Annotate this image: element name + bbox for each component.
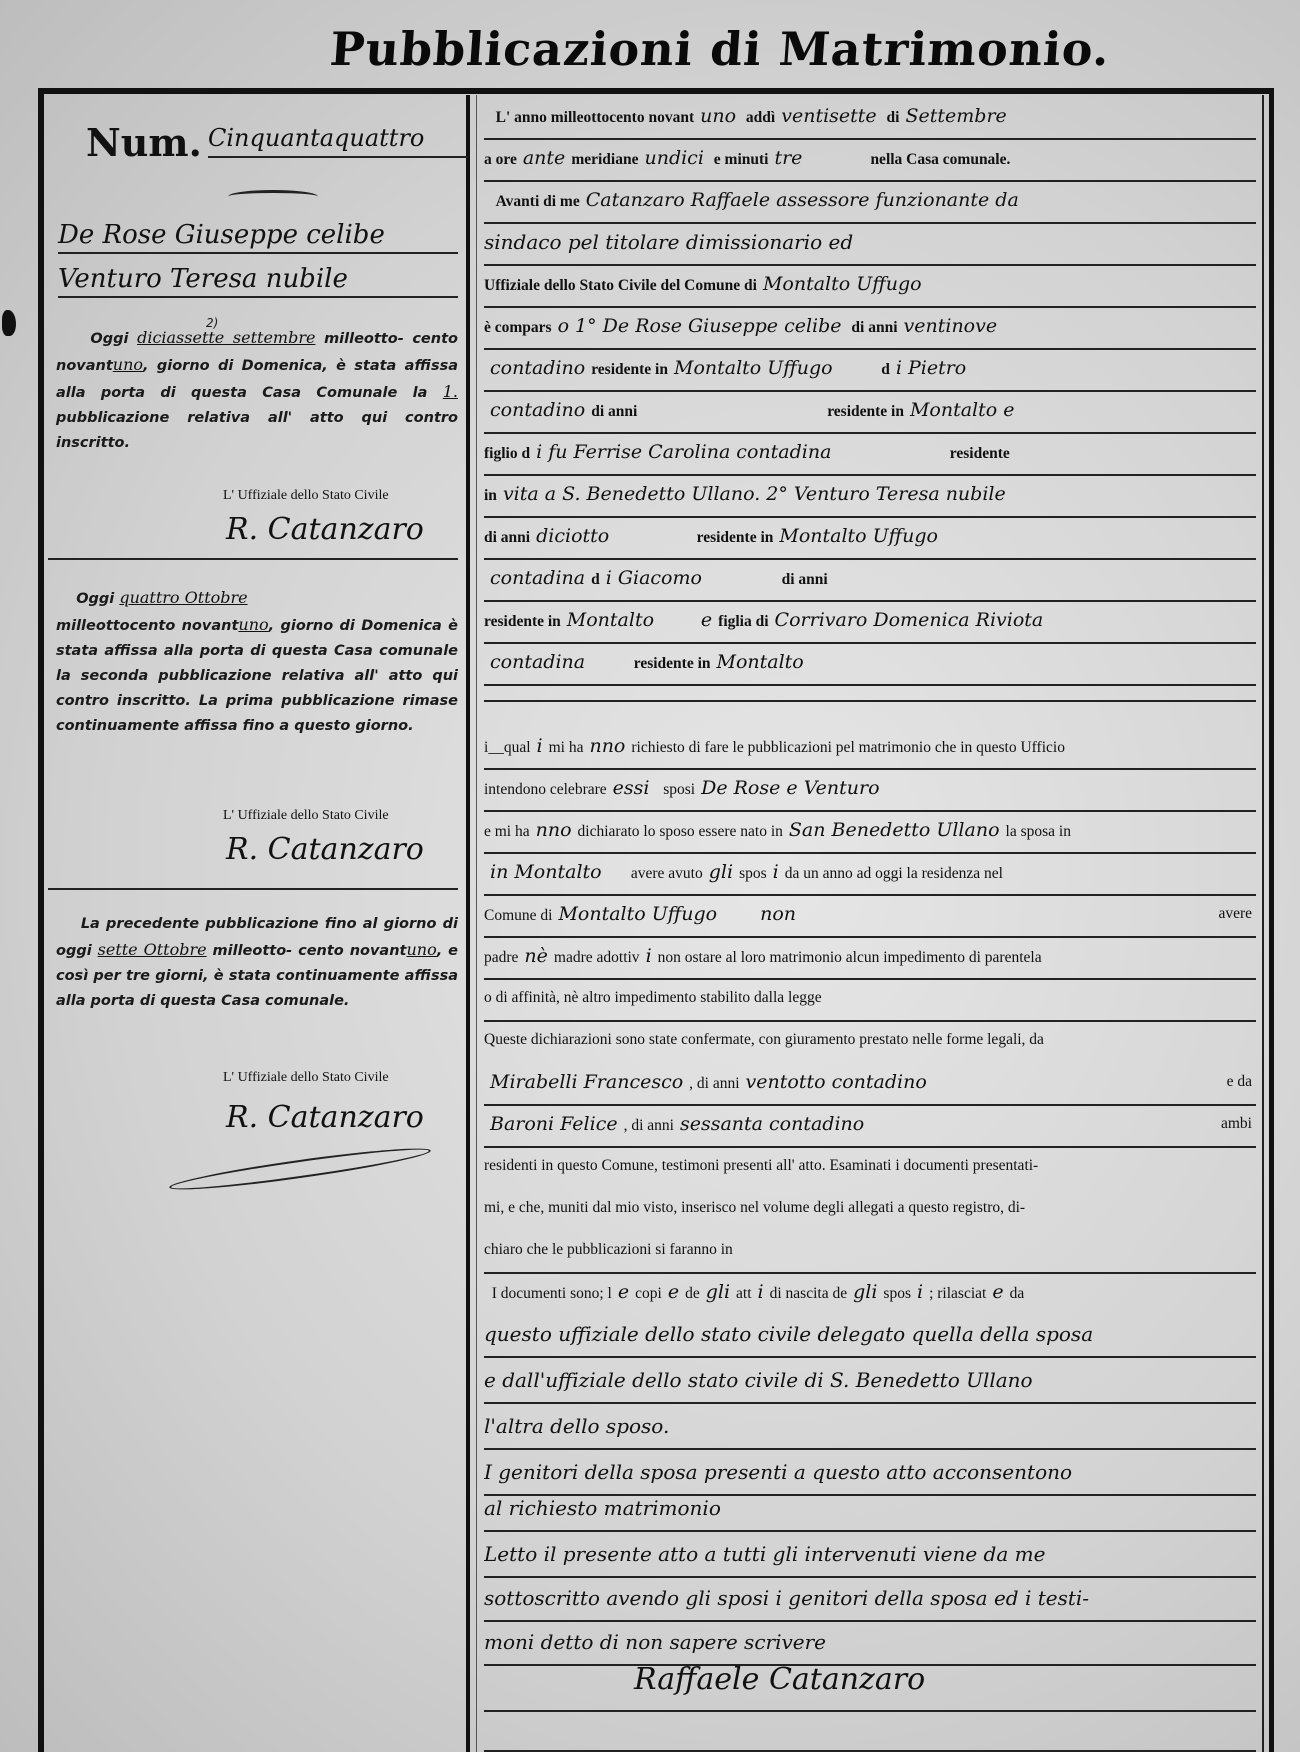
line-bride: invita a S. Benedetto Ullano. 2° Venturo…: [484, 478, 1256, 518]
text: non ostare al loro matrimonio alcun impe…: [658, 949, 1042, 966]
text: sposi: [663, 781, 695, 798]
para-line: padrenèmadre adottivinon ostare al loro …: [484, 940, 1256, 980]
text: residenti in questo Comune, testimoni pr…: [484, 1157, 1038, 1174]
hw-father: i Giacomo: [600, 567, 708, 589]
text: da un anno ad oggi la residenza nel: [785, 865, 1003, 882]
officer-label-3: L' Uffiziale dello Stato Civile: [223, 1070, 389, 1086]
hw-residence: Montalto: [711, 651, 810, 673]
first-pub-number: 1.: [443, 382, 458, 401]
document-title: Pubblicazioni di Matrimonio.: [298, 22, 1142, 76]
text: avere: [1218, 898, 1252, 930]
text: dichiarato lo sposo essere nato in: [578, 823, 783, 840]
final-signature: Raffaele Catanzaro: [634, 1662, 925, 1697]
para-line: Comune diMontalto Uffugo non avere: [484, 898, 1256, 938]
hw: nè: [518, 945, 553, 967]
text: Uffiziale dello Stato Civile del Comune …: [484, 277, 757, 294]
first-pub-oggi: Oggi: [90, 331, 128, 347]
text: d: [881, 361, 890, 378]
text: I documenti sono; l: [492, 1285, 612, 1302]
line-officer: Avanti di meCatanzaro Raffaele assessore…: [484, 184, 1256, 224]
para-line: in Montalto avere avutoglisposida un ann…: [484, 856, 1256, 896]
officer-signature-2: R. Catanzaro: [226, 832, 424, 867]
hw-birthplace: San Benedetto Ullano: [783, 819, 1006, 841]
hw-residence: Montalto Uffugo: [773, 525, 944, 547]
hw-groom-age: ventinove: [898, 315, 1004, 337]
hw-occupation: contadino: [484, 357, 591, 379]
hw-spouses: De Rose e Venturo: [695, 777, 885, 799]
text: avere avuto: [631, 865, 703, 882]
handwritten-line: questo uffiziale dello stato civile dele…: [484, 1318, 1256, 1358]
text: di anni: [851, 319, 897, 336]
text: , di anni: [624, 1117, 674, 1134]
text: figlio d: [484, 445, 530, 462]
hw-year: uno: [694, 105, 742, 127]
text: Comune di: [484, 907, 552, 924]
text: mi, e che, muniti dal mio visto, inseris…: [484, 1199, 1025, 1216]
hw: i: [752, 1281, 770, 1303]
witness-2: Baroni Felice, di annisessanta contadino…: [484, 1108, 1256, 1148]
hw: non: [754, 903, 802, 925]
hw: gli: [847, 1281, 883, 1303]
first-publication: 2) Oggi diciassette settembre milleotto-…: [56, 325, 458, 456]
text: è compars: [484, 319, 552, 336]
text: de: [685, 1285, 700, 1302]
line-officer-cont: sindaco pel titolare dimissionario ed: [484, 226, 1256, 266]
para-line: mi, e che, muniti dal mio visto, inseris…: [484, 1192, 1256, 1230]
text: padre: [484, 949, 518, 966]
second-pub-year: uno: [238, 615, 268, 634]
text: i: [484, 739, 488, 756]
third-pub-year: uno: [406, 940, 436, 959]
para-line: i__qualimi hannorichiesto di fare le pub…: [484, 730, 1256, 770]
text: richiesto di fare le pubblicazioni pel m…: [631, 739, 1065, 756]
hw-witness: Baroni Felice: [484, 1113, 624, 1135]
line-bride-father: contadinadi Giacomo di anni: [484, 562, 1256, 602]
text: mi ha: [549, 739, 584, 756]
section-rule: [484, 700, 1256, 702]
text: di anni: [591, 403, 637, 420]
text: residente in: [697, 529, 774, 546]
hw-residence: Montalto Uffugo: [668, 357, 839, 379]
hw-occupation: contadina: [484, 651, 591, 673]
para-line: o di affinità, nè altro impedimento stab…: [484, 982, 1256, 1022]
text: e minuti: [714, 151, 769, 168]
section-rule-1: [48, 558, 458, 560]
hw-minutes: tre: [768, 147, 808, 169]
text: d: [591, 571, 600, 588]
hw-mother: i fu Ferrise Carolina contadina: [530, 441, 837, 463]
text: nella Casa comunale.: [870, 151, 1010, 168]
second-pub-oggi: Oggi: [76, 591, 114, 607]
text: copi: [635, 1285, 662, 1302]
marginal-note: 2): [206, 311, 218, 336]
bride-name: Venturo Teresa nubile: [58, 262, 458, 298]
first-pub-text3: pubblicazione relativa all' atto qui con…: [56, 410, 458, 451]
text: di nascita de: [770, 1285, 847, 1302]
text: la sposa in: [1006, 823, 1071, 840]
line-comune: Uffiziale dello Stato Civile del Comune …: [484, 268, 1256, 308]
third-pub-text1: milleotto- cento novant: [213, 943, 407, 959]
text: madre adottiv: [554, 949, 640, 966]
text: a ore: [484, 151, 517, 168]
text: ; rilasciat: [929, 1285, 986, 1302]
line-time: a oreantemeridianeundici e minutitre nel…: [484, 142, 1256, 182]
text: residente: [950, 445, 1010, 462]
handwritten-line: Letto il presente atto a tutti gli inter…: [484, 1538, 1256, 1578]
text: , di anni: [689, 1075, 739, 1092]
text: di: [887, 109, 900, 126]
officer-label-1: L' Uffiziale dello Stato Civile: [223, 488, 389, 504]
third-pub-date: sette Ottobre: [98, 940, 207, 959]
hw: e: [662, 1281, 685, 1303]
hw-day: ventisette: [775, 105, 882, 127]
hw-witness-age: ventotto contadino: [740, 1071, 933, 1093]
hw: nno: [583, 735, 631, 757]
record-number-label: Num.: [86, 120, 202, 165]
line-bride-age: di annidiciotto residente inMontalto Uff…: [484, 520, 1256, 560]
text: qual: [504, 739, 531, 756]
hw: i: [531, 735, 549, 757]
hw: gli: [703, 861, 739, 883]
text: addì: [746, 109, 775, 126]
decorative-swash: [228, 190, 318, 203]
third-publication: La precedente pubblicazione fino al gior…: [56, 912, 458, 1014]
text: spos: [739, 865, 767, 882]
hw-occupation: contadino: [484, 399, 591, 421]
handwritten-line: I genitori della sposa presenti a questo…: [484, 1456, 1256, 1496]
second-pub-date: quattro Ottobre: [119, 588, 247, 607]
line-date: L' anno milleottocento novantuno addìven…: [484, 100, 1256, 140]
hw-month: Settembre: [899, 105, 1012, 127]
hw-comune: Montalto Uffugo: [552, 903, 723, 925]
second-pub-text2: , giorno di Domenica è stata affissa all…: [56, 618, 458, 734]
right-margin-rule: [1262, 95, 1264, 1752]
ink-blot: [2, 310, 16, 336]
officer-signature-3: R. Catanzaro: [226, 1100, 424, 1135]
hw-and: e: [695, 609, 718, 631]
hw: e: [986, 1281, 1009, 1303]
para-line: residenti in questo Comune, testimoni pr…: [484, 1150, 1256, 1188]
hw-residence: Montalto e: [904, 399, 1021, 421]
text: e da: [1227, 1066, 1252, 1098]
text: figlia di: [718, 613, 768, 630]
hw-mother: Corrivaro Domenica Riviota: [769, 609, 1050, 631]
text: residente in: [484, 613, 561, 630]
first-pub-date: diciassette settembre: [137, 328, 315, 347]
line-father: contadinodi anni residente inMontalto e: [484, 394, 1256, 434]
second-pub-text1: milleottocento novant: [56, 618, 238, 634]
text: ambi: [1221, 1108, 1252, 1140]
para-line: Queste dichiarazioni sono state conferma…: [484, 1024, 1256, 1062]
para-line: intendono celebrareessi sposiDe Rose e V…: [484, 772, 1256, 812]
officer-label-2: L' Uffiziale dello Stato Civile: [223, 808, 389, 824]
column-divider-thin: [476, 95, 477, 1752]
groom-name: De Rose Giuseppe celibe: [58, 218, 458, 254]
hw-bride: vita a S. Benedetto Ullano. 2° Venturo T…: [497, 483, 1012, 505]
line-groom-residence: contadinoresidente inMontalto Uffugo di …: [484, 352, 1256, 392]
text: e mi ha: [484, 823, 530, 840]
hw-occupation: contadina: [484, 567, 591, 589]
hw-bride-age: diciotto: [530, 525, 615, 547]
column-divider: [466, 95, 470, 1752]
text: Queste dichiarazioni sono state conferma…: [484, 1031, 1044, 1048]
hw-hour: undici: [638, 147, 709, 169]
line-bride-mother: residente inMontalto efiglia diCorrivaro…: [484, 604, 1256, 644]
hw-residence: Montalto: [561, 609, 660, 631]
text: L' anno milleottocento novant: [496, 109, 695, 126]
text: residente in: [827, 403, 904, 420]
hw-groom: o 1° De Rose Giuseppe celibe: [552, 315, 848, 337]
text: residente in: [591, 361, 668, 378]
text: spos: [883, 1285, 911, 1302]
hw: essi: [607, 777, 656, 799]
hw-birthplace: in Montalto: [484, 861, 608, 883]
hw: i: [640, 945, 658, 967]
hw-witness-age: sessanta contadino: [674, 1113, 870, 1135]
officer-signature-1: R. Catanzaro: [226, 512, 424, 547]
text: intendono celebrare: [484, 781, 607, 798]
second-publication: Oggi quattro Ottobre milleottocento nova…: [56, 585, 458, 739]
text: residente in: [634, 655, 711, 672]
text: att: [736, 1285, 752, 1302]
hw-witness: Mirabelli Francesco: [484, 1071, 689, 1093]
handwritten-line: moni detto di non sapere scrivere: [484, 1626, 1256, 1666]
handwritten-line: sottoscritto avendo gli sposi i genitori…: [484, 1582, 1256, 1622]
text: Avanti di me: [496, 193, 580, 210]
text: o di affinità, nè altro impedimento stab…: [484, 989, 822, 1006]
hw: e: [612, 1281, 635, 1303]
handwritten-line: l'altra dello sposo.: [484, 1410, 1256, 1450]
hw: nno: [530, 819, 578, 841]
signature-rule: [484, 1710, 1256, 1712]
witness-1: Mirabelli Francesco, di anniventotto con…: [484, 1066, 1256, 1106]
text: di anni: [484, 529, 530, 546]
text: da: [1010, 1285, 1025, 1302]
hw-comune: Montalto Uffugo: [757, 273, 928, 295]
hw-ante: ante: [517, 147, 571, 169]
record-number-value: Cinquantaquattro: [208, 124, 468, 158]
text: chiaro che le pubblicazioni si faranno i…: [484, 1241, 733, 1258]
hw: i: [767, 861, 785, 883]
para-line: e mi hannodichiarato lo sposo essere nat…: [484, 814, 1256, 854]
first-pub-year: uno: [113, 355, 143, 374]
section-rule-2: [48, 888, 458, 890]
hw-father: i Pietro: [890, 357, 972, 379]
handwritten-line: al richiesto matrimonio: [484, 1492, 1256, 1532]
hw: gli: [700, 1281, 736, 1303]
hw: i: [911, 1281, 929, 1303]
line-mother: figlio di fu Ferrise Carolina contadina …: [484, 436, 1256, 476]
text: meridiane: [571, 151, 638, 168]
line-groom: è comparso 1° De Rose Giuseppe celibe di…: [484, 310, 1256, 350]
para-line: chiaro che le pubblicazioni si faranno i…: [484, 1234, 1256, 1274]
text: di anni: [782, 571, 828, 588]
line-bride-mother-res: contadina residente inMontalto: [484, 646, 1256, 686]
documents-line: I documenti sono; lecopiedegliattidi nas…: [484, 1276, 1256, 1314]
handwritten-line: e dall'uffiziale dello stato civile di S…: [484, 1364, 1256, 1404]
hw-officer: Catanzaro Raffaele assessore funzionante…: [580, 189, 1025, 211]
text: in: [484, 487, 497, 504]
